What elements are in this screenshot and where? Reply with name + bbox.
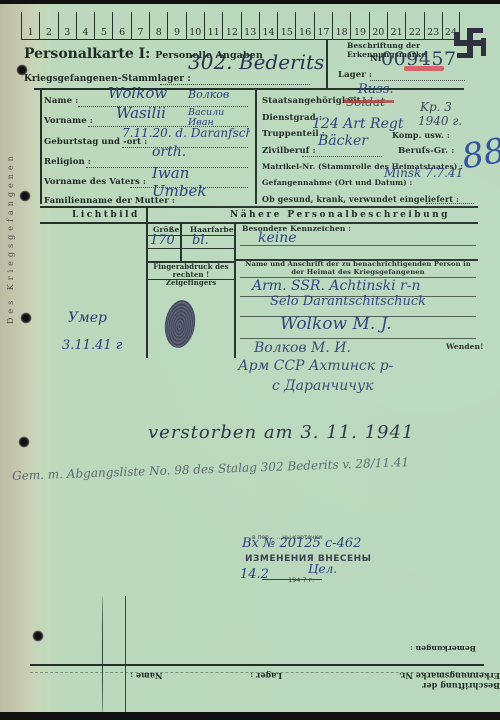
fingerprint-image	[162, 298, 198, 350]
lager-label-inverted: Lager :	[250, 671, 282, 681]
marks-value: keine	[258, 230, 297, 246]
camp-value: 302. Bederits	[188, 50, 324, 74]
contact-line2: Selo Darantschitschuck	[270, 294, 426, 309]
profession-group-label: Berufs-Gr. :	[398, 146, 454, 156]
company-label: Komp. usw. :	[392, 130, 450, 140]
contact-line1: Arm. SSR. Achtinski r-n	[252, 278, 420, 294]
father-label: Vorname des Vaters :	[44, 177, 146, 187]
photo-note-died: Умер	[68, 310, 107, 326]
photo-note-date: 3.11.41 г	[62, 338, 122, 353]
punch-hole	[18, 436, 30, 448]
ru-stamp-handwritten: Вх № 20125 с-462	[242, 536, 361, 551]
personnel-card: Des Kriegsgefangenen 1 2 3 4 5 6 7 8 9 1…	[0, 4, 500, 716]
red-underline-mark	[404, 66, 444, 71]
hair-value: bl.	[192, 233, 209, 248]
ru-stamp-year: 194 7 г.	[288, 576, 314, 584]
big-mark-88: 88	[459, 131, 500, 178]
camp-label: Kriegsgefangenen-Stammlager :	[24, 74, 191, 84]
annotation-cyr-line1: Волков М. И.	[254, 340, 351, 356]
company-value: 1940 г.	[418, 114, 462, 128]
religion-value: orth.	[152, 144, 186, 160]
ru-stamp-sign: Цел.	[308, 562, 337, 576]
name-value: Wolkow	[108, 84, 167, 102]
lager-label: Lager :	[338, 70, 372, 80]
annotation-cyr-line3: с Даранчичук	[272, 378, 373, 394]
death-note: verstorben am 3. 11. 1941	[148, 422, 414, 443]
unit-value: 124 Art Regt	[312, 116, 403, 132]
civil-value: Bäcker	[318, 133, 368, 149]
vorname-label: Vorname :	[44, 116, 93, 126]
fold-line	[102, 596, 103, 716]
number-ruler: 1 2 3 4 5 6 7 8 9 10 11 12 13 14 15 16 1…	[21, 12, 460, 40]
side-vertical-text: Des Kriegsgefangenen	[6, 144, 26, 324]
turn-over-label: Wenden!	[446, 342, 484, 351]
photo-header: Lichtbild	[72, 210, 140, 220]
civil-label: Zivilberuf :	[262, 146, 316, 156]
pencil-note: Gem. m. Abgangsliste No. 98 des Stalag 3…	[12, 455, 409, 483]
red-strike-line	[344, 100, 394, 103]
section-header: Nähere Personalbeschreibung	[230, 210, 450, 220]
punch-hole	[32, 630, 44, 642]
birth-value: 7.11.20. d. Daranfschi...	[122, 126, 250, 140]
contact-line3: Wolkow M. J.	[280, 314, 392, 334]
vorname-value-cyrillic: Васили Иван	[188, 108, 248, 128]
fold-line	[125, 596, 126, 716]
religion-label: Religion :	[44, 157, 91, 167]
card-edge-strip	[0, 4, 36, 716]
height-value: 170	[150, 233, 175, 248]
scan-bottom-border	[0, 712, 500, 720]
capture-value: Minsk 7.7.41	[384, 166, 463, 180]
ru-stamp-date: 14.2	[240, 567, 269, 582]
vorname-value: Wasilii	[116, 104, 166, 122]
contact-label: Name und Anschrift der zu benachrichtige…	[242, 261, 474, 276]
name-value-cyrillic: Волков	[188, 88, 229, 101]
remarks-label-inverted: Bemerkungen :	[410, 644, 476, 653]
name-label-inverted: Name :	[130, 671, 162, 681]
annotation-cyr-line2: Арм ССР Ахтинск р-	[238, 358, 393, 374]
rank-value: Kp. 3	[420, 100, 452, 114]
tag-label-inverted: Beschriftung der Erkennungsmarke Nr.	[340, 671, 500, 691]
name-label: Name :	[44, 96, 78, 106]
father-value: Iwan	[152, 164, 189, 182]
fingerprint-label: Fingerabdruck des rechten ! Zeigefingers	[148, 263, 234, 287]
mother-value: Umbek	[152, 182, 206, 200]
